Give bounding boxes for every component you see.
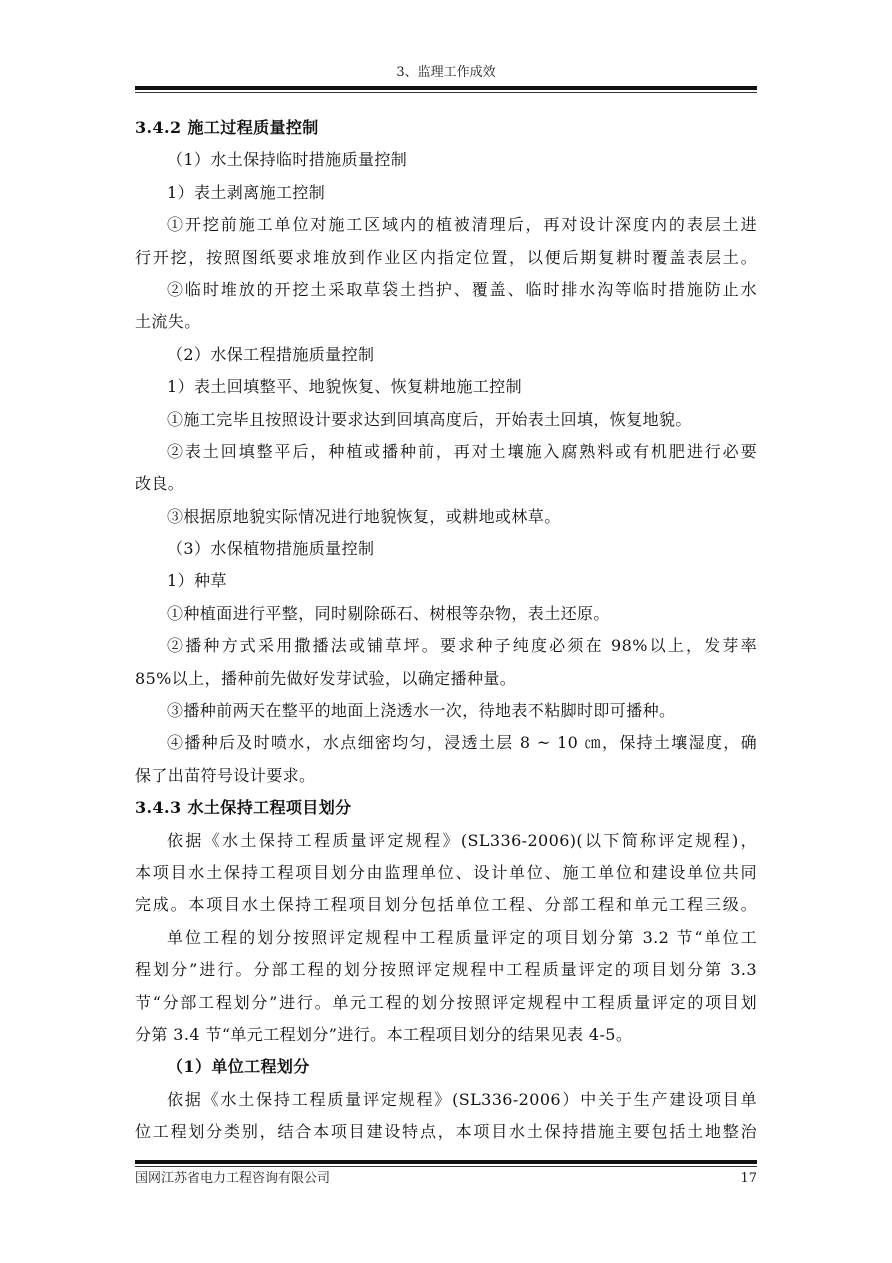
subheading: 1）表土剥离施工控制	[135, 177, 757, 209]
paragraph-line: 本项目水土保持工程项目划分由监理单位、设计单位、施工单位和建设单位共同	[135, 857, 757, 889]
subheading: 1）种草	[135, 565, 757, 597]
paragraph-line: ①种植面进行平整，同时剔除砾石、树根等杂物，表土还原。	[135, 598, 757, 630]
header-rule-thin	[135, 92, 757, 93]
subheading: （2）水保工程措施质量控制	[135, 339, 757, 371]
subheading: （1）水土保持临时措施质量控制	[135, 144, 757, 176]
paragraph-line: 程划分”进行。分部工程的划分按照评定规程中工程质量评定的项目划分第 3.3	[135, 954, 757, 986]
paragraph-line: 行开挖，按照图纸要求堆放到作业区内指定位置，以便后期复耕时覆盖表层土。	[135, 242, 757, 274]
page-number: 17	[740, 1170, 757, 1188]
paragraph-line: ②临时堆放的开挖土采取草袋土挡护、覆盖、临时排水沟等临时措施防止水	[135, 274, 757, 306]
paragraph-line: 改良。	[135, 468, 757, 500]
paragraph-line: ①施工完毕且按照设计要求达到回填高度后，开始表土回填，恢复地貌。	[135, 404, 757, 436]
paragraph-line: 保了出苗符号设计要求。	[135, 760, 757, 792]
paragraph-line: 节“分部工程划分”进行。单元工程的划分按照评定规程中工程质量评定的项目划	[135, 987, 757, 1019]
body-text: 3.4.2 施工过程质量控制 （1）水土保持临时措施质量控制 1）表土剥离施工控…	[135, 112, 757, 1149]
paragraph-line: ④播种后及时喷水，水点细密均匀，浸透土层 8 ~ 10 ㎝，保持土壤湿度，确	[135, 727, 757, 759]
footer-rule-thick	[135, 1160, 757, 1164]
paragraph-line: 分第 3.4 节“单元工程划分”进行。本工程项目划分的结果见表 4-5。	[135, 1019, 757, 1051]
section-heading-3-4-2: 3.4.2 施工过程质量控制	[135, 112, 757, 144]
paragraph-line: 完成。本项目水土保持工程项目划分包括单位工程、分部工程和单元工程三级。	[135, 889, 757, 921]
running-header-title: 3、监理工作成效	[135, 64, 757, 82]
subheading: （3）水保植物措施质量控制	[135, 533, 757, 565]
header-rule-thick	[135, 86, 757, 90]
subheading: 1）表土回填整平、地貌恢复、恢复耕地施工控制	[135, 371, 757, 403]
paragraph-line: 依据《水土保持工程质量评定规程》(SL336-2006）中关于生产建设项目单	[135, 1084, 757, 1116]
paragraph-line: ③播种前两天在整平的地面上浇透水一次，待地表不粘脚时即可播种。	[135, 695, 757, 727]
paragraph-line: 依据《水土保持工程质量评定规程》(SL336-2006)(以下简称评定规程)，	[135, 825, 757, 857]
paragraph-line: 85%以上，播种前先做好发芽试验，以确定播种量。	[135, 663, 757, 695]
paragraph-line: ③根据原地貌实际情况进行地貌恢复，或耕地或林草。	[135, 501, 757, 533]
paragraph-line: 单位工程的划分按照评定规程中工程质量评定的项目划分第 3.2 节“单位工	[135, 922, 757, 954]
paragraph-line: ②播种方式采用撒播法或铺草坪。要求种子纯度必须在 98%以上，发芽率	[135, 630, 757, 662]
section-heading-3-4-3: 3.4.3 水土保持工程项目划分	[135, 792, 757, 824]
paragraph-line: 土流失。	[135, 306, 757, 338]
subheading-bold: （1）单位工程划分	[135, 1051, 757, 1083]
paragraph-line: ①开挖前施工单位对施工区域内的植被清理后，再对设计深度内的表层土进	[135, 209, 757, 241]
paragraph-line: 位工程划分类别，结合本项目建设特点，本项目水土保持措施主要包括土地整治	[135, 1116, 757, 1148]
footer-rule-thin	[135, 1166, 757, 1167]
document-page: 3、监理工作成效 3.4.2 施工过程质量控制 （1）水土保持临时措施质量控制 …	[0, 0, 892, 1263]
footer-organization: 国网江苏省电力工程咨询有限公司	[135, 1170, 330, 1188]
paragraph-line: ②表土回填整平后，种植或播种前，再对土壤施入腐熟料或有机肥进行必要	[135, 436, 757, 468]
